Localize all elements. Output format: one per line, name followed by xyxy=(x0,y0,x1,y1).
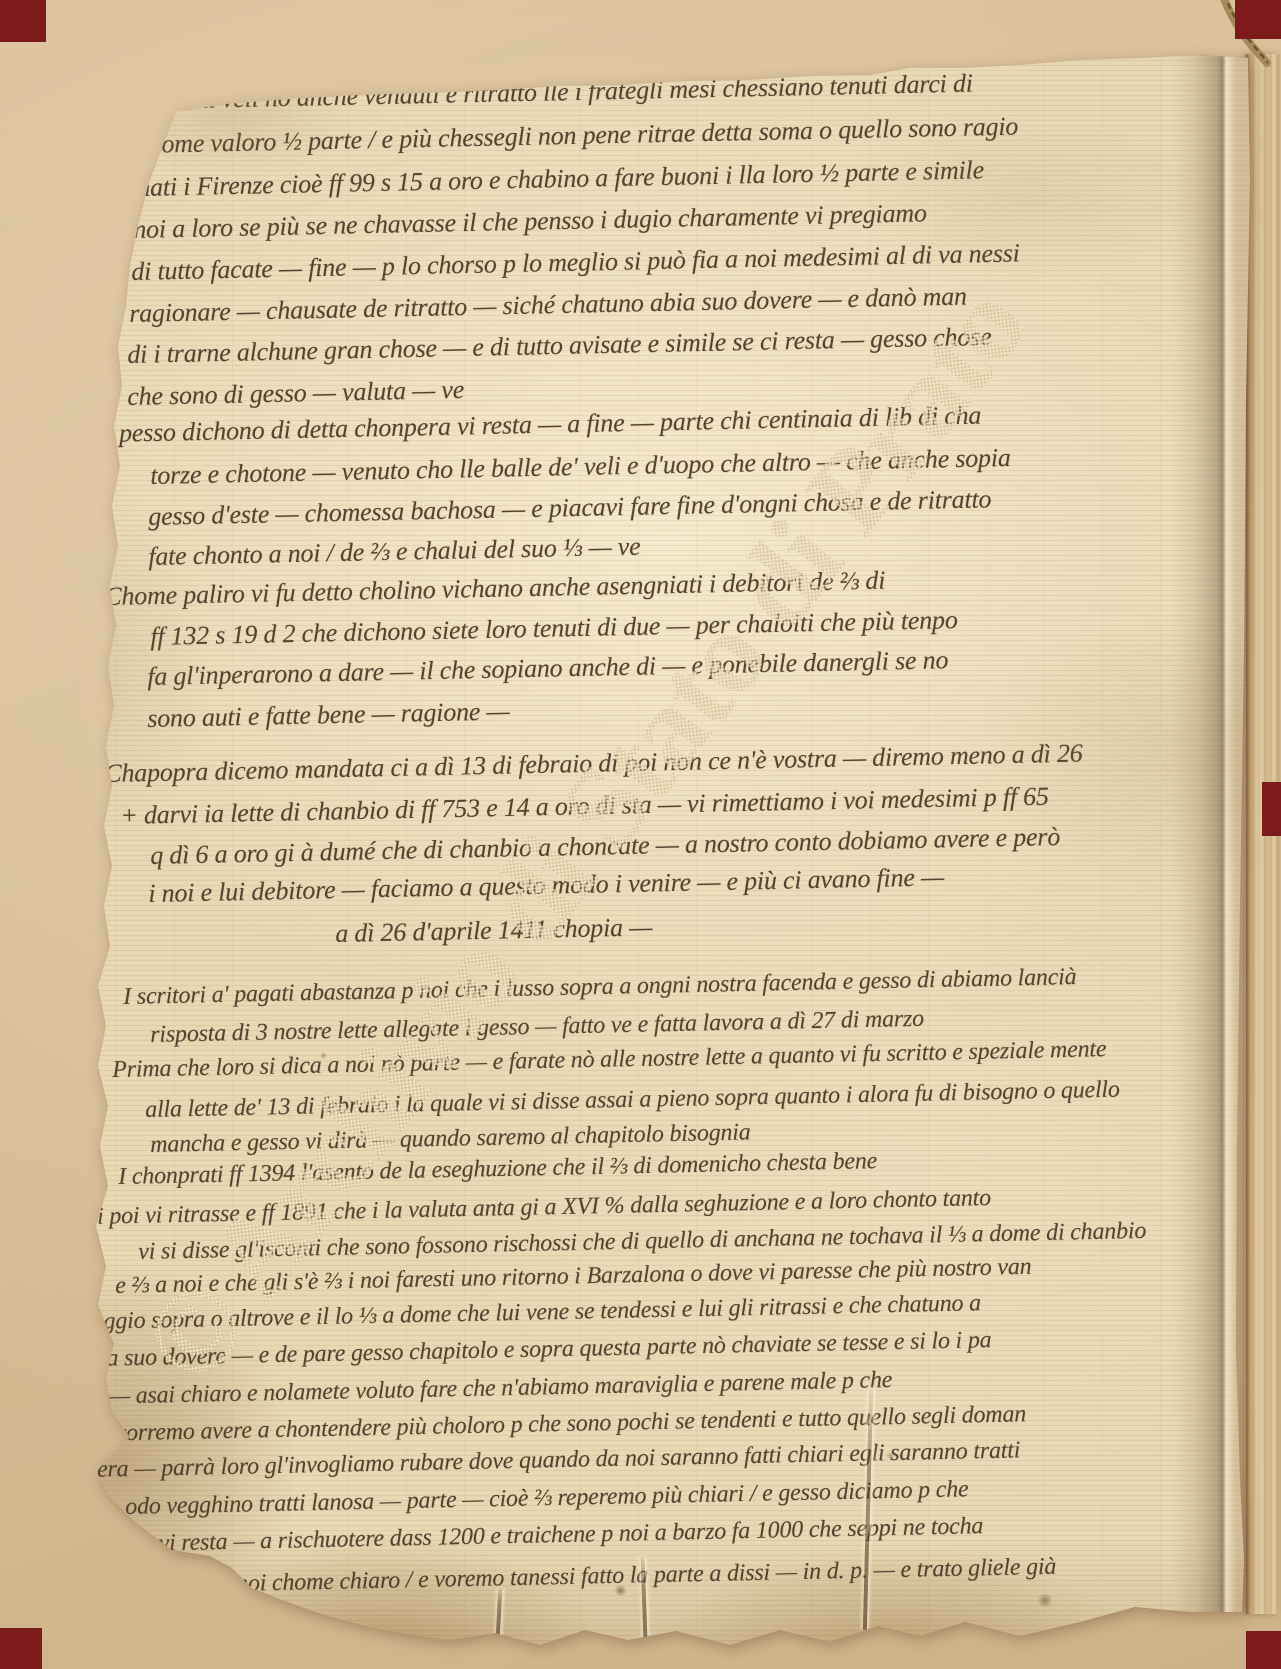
manuscript-line: I scritori a' pagati abastanza p noi che… xyxy=(123,965,1077,1010)
manuscript-line: Che se detti veli nò anche venduti e rit… xyxy=(95,70,973,116)
manuscript-line: Chapopra dicemo mandata ci a dì 13 di fe… xyxy=(104,740,1083,788)
manuscript-page-wrap: Che se detti veli nò anche venduti e rit… xyxy=(0,0,1281,1669)
manuscript-line: di poi vi ritrasse e ff 1891 che i la va… xyxy=(85,1186,991,1230)
manuscript-line: mancha e gesso vi dirà — quando saremo a… xyxy=(150,1120,751,1158)
manuscript-line: Chome paliro vi fu detto cholino vichano… xyxy=(104,567,885,611)
manuscript-line: fate chonto a noi / de ⅔ e chalui del su… xyxy=(148,533,641,571)
manuscript-line: i noi e lui debitore — faciamo a questo … xyxy=(148,863,944,907)
red-corner-marker-top-right xyxy=(1235,0,1281,39)
manuscript-line: vi si disse gl'isconti che sono fossono … xyxy=(138,1219,1146,1265)
manuscript-line: noi che vi resta — a rischuotere dass 12… xyxy=(84,1514,983,1558)
archival-photo-backdrop: Che se detti veli nò anche venduti e rit… xyxy=(0,0,1281,1669)
ink-stain xyxy=(614,1585,627,1596)
manuscript-line: li ⅓ a lui e ⅔ a noi chome chiaro / e vo… xyxy=(88,1555,1056,1600)
manuscript-line: di i trarne alchune gran chose — e di tu… xyxy=(127,323,992,368)
binding-fold-crease xyxy=(1172,52,1252,1614)
manuscript-line: nati i Firenze cioè ff 99 s 15 a oro e c… xyxy=(137,156,984,201)
manuscript-line: + darvi ia lette di chanbio di ff 753 e … xyxy=(120,783,1049,830)
ink-stain xyxy=(1036,1594,1054,1607)
manuscript-line: fa gl'inperarono a dare — il che sopiano… xyxy=(147,646,949,690)
manuscript-line: Prima che loro si dica a noi nò parte — … xyxy=(112,1037,1107,1083)
manuscript-line: dera — parrà loro gl'invogliamo rubare d… xyxy=(85,1438,1020,1483)
manuscript-line: taggio sopra o altrove e il lo ⅓ a dome … xyxy=(85,1291,981,1335)
paper-tear xyxy=(863,1388,873,1630)
manuscript-line: a dì 26 d'aprile 1411 chopia — xyxy=(335,913,652,947)
ink-stain xyxy=(886,1452,895,1460)
manuscript-line: odo vegghino tratti lanosa — parte — cio… xyxy=(125,1477,969,1520)
manuscript-line: gesso d'este — chomessa bachosa — e piac… xyxy=(148,485,992,530)
manuscript-line: re — asai chiaro e nolamete voluto fare … xyxy=(84,1368,892,1410)
red-edge-marker-right-middle xyxy=(1262,782,1281,836)
ink-stain xyxy=(104,376,110,382)
manuscript-line: che sono di gesso — valuta — ve xyxy=(127,376,464,410)
manuscript-line: di tutto facate — fine — p lo chorso p l… xyxy=(131,239,1020,285)
red-corner-marker-bottom-left xyxy=(0,1628,42,1669)
manuscript-line: ff 132 s 19 d 2 che dichono siete loro t… xyxy=(150,606,958,650)
manuscript-line: sono auti e fatte bene — ragione — xyxy=(147,697,510,732)
ink-stain xyxy=(320,1052,327,1059)
manuscript-line: I chonprati ff 1394 l'asento de la esegh… xyxy=(118,1149,877,1190)
manuscript-line: nò vorremo avere a chontendere più cholo… xyxy=(86,1402,1026,1447)
manuscript-line: risposta di 3 nostre lette allegate i ge… xyxy=(150,1007,924,1048)
watermark-text: © Archivio di Stato di Prato xyxy=(116,262,1051,1407)
manuscript-line: I pesso dichono di detta chonpera vi res… xyxy=(104,402,981,448)
manuscript-line: noi a loro se più se ne chavasse il che … xyxy=(133,199,927,243)
paper-tear xyxy=(641,1556,648,1640)
manuscript-line: torze e chotone — venuto cho lle balle d… xyxy=(150,444,1011,489)
manuscript-line: e ⅔ a noi e che gli s'è ⅔ i noi faresti … xyxy=(115,1255,1032,1299)
manuscript-page: Che se detti veli nò anche venduti e rit… xyxy=(0,0,1281,1669)
paper-tear xyxy=(496,1588,503,1640)
manuscript-line: alla lette de' 13 di febraio i la quale … xyxy=(145,1078,1120,1124)
archive-copyright-watermark: © Archivio di Stato di Prato xyxy=(112,259,1055,1411)
red-corner-marker-bottom-right xyxy=(1246,1631,1281,1669)
manuscript-line: q dì 6 a oro gi à dumé che di chanbio a … xyxy=(150,823,1060,869)
manuscript-line: chome valoro ½ parte / e più chessegli n… xyxy=(137,113,1018,159)
manuscript-line: ragionare — chausate de ritratto — siché… xyxy=(129,282,967,327)
red-corner-marker-top-left xyxy=(0,0,46,42)
manuscript-line: bia suo dovere — e de pare gesso chapito… xyxy=(88,1328,992,1372)
